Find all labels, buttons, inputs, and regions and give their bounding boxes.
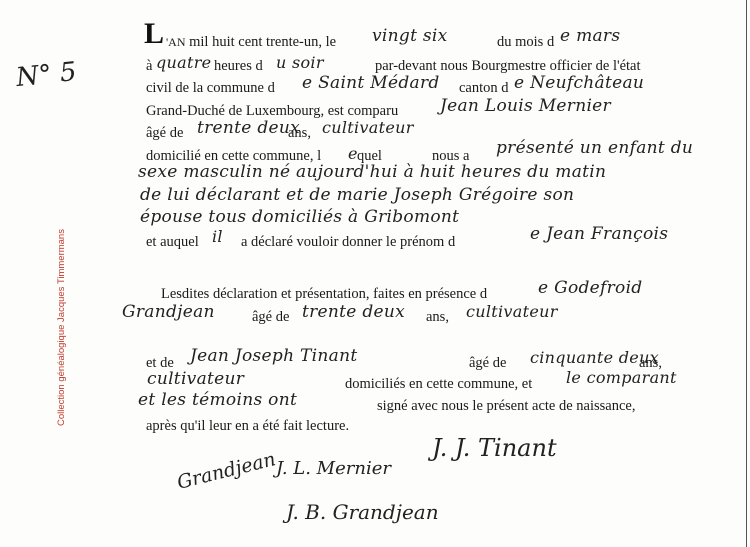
- printed-text: canton d: [459, 81, 509, 96]
- handwritten-text-line: de lui déclarant et de marie Joseph Grég…: [140, 187, 574, 204]
- printed-text: âgé de: [252, 310, 289, 325]
- page-edge: [746, 0, 747, 547]
- handwritten-witness1-occupation: cultivateur: [466, 304, 558, 320]
- handwritten-month: e mars: [560, 28, 620, 45]
- handwritten-text-line: présenté un enfant du: [496, 140, 693, 157]
- handwritten-declarant-occupation: cultivateur: [322, 120, 414, 136]
- handwritten-comparant: le comparant: [566, 370, 677, 386]
- collection-watermark: Collection généalogique Jacques Timmerma…: [56, 229, 67, 426]
- handwritten-hour: quatre: [156, 55, 211, 71]
- printed-text: ans,: [288, 126, 311, 141]
- handwritten-day: vingt six: [372, 28, 448, 45]
- handwritten-witness2-occupation: cultivateur: [147, 371, 244, 388]
- handwritten-time-of-day: u soir: [276, 55, 324, 71]
- printed-text: Grand-Duché de Luxembourg, est comparu: [146, 104, 398, 119]
- printed-text: après qu'il leur en a été fait lecture.: [146, 419, 349, 434]
- printed-text: signé avec nous le présent acte de naiss…: [377, 399, 635, 414]
- handwritten-declarant-age: trente deux: [197, 120, 300, 137]
- signature-mernier: J. L. Mernier: [276, 458, 391, 479]
- scanned-birth-certificate: N° 5 Collection généalogique Jacques Tim…: [0, 0, 750, 547]
- signature-tinant: J. J. Tinant: [432, 434, 557, 462]
- printed-text: par-devant nous Bourgmestre officier de …: [375, 59, 641, 74]
- printed-text: âgé de: [146, 126, 183, 141]
- printed-text: ans,: [426, 310, 449, 325]
- handwritten-pronoun: il: [212, 229, 223, 245]
- printed-text: à: [146, 59, 152, 74]
- margin-act-number: N° 5: [15, 57, 78, 93]
- handwritten-commune: e Saint Médard: [302, 75, 440, 92]
- printed-text: a déclaré vouloir donner le prénom d: [241, 235, 455, 250]
- printed-text: civil de la commune d: [146, 81, 275, 96]
- printed-text: Lesdites déclaration et présentation, fa…: [161, 287, 487, 302]
- printed-text: 'AN mil huit cent trente-un, le: [166, 35, 336, 50]
- handwritten-declarant-name: Jean Louis Mernier: [440, 98, 611, 115]
- handwritten-canton: e Neufchâteau: [514, 75, 644, 92]
- handwritten-text-line: épouse tous domiciliés à Gribomont: [140, 209, 459, 226]
- handwritten-witness1-first: e Godefroid: [538, 280, 643, 297]
- handwritten-witness2-name: Jean Joseph Tinant: [190, 348, 357, 365]
- handwritten-witness1-age: trente deux: [302, 304, 405, 321]
- drop-cap-letter: L: [144, 19, 164, 49]
- printed-text: et auquel: [146, 235, 199, 250]
- signature-grandjean: Grandjean: [175, 448, 278, 494]
- signature-jb-grandjean: J. B. Grandjean: [286, 500, 439, 524]
- handwritten-child-name: e Jean François: [530, 226, 668, 243]
- printed-text: heures d: [214, 59, 263, 74]
- handwritten-witness1-last: Grandjean: [122, 304, 215, 321]
- printed-text: du mois d: [497, 35, 554, 50]
- printed-text: domiciliés en cette commune, et: [345, 377, 532, 392]
- handwritten-text-line: sexe masculin né aujourd'hui à huit heur…: [138, 164, 606, 181]
- handwritten-and-witnesses: et les témoins ont: [138, 392, 297, 409]
- printed-text: âgé de: [469, 356, 506, 371]
